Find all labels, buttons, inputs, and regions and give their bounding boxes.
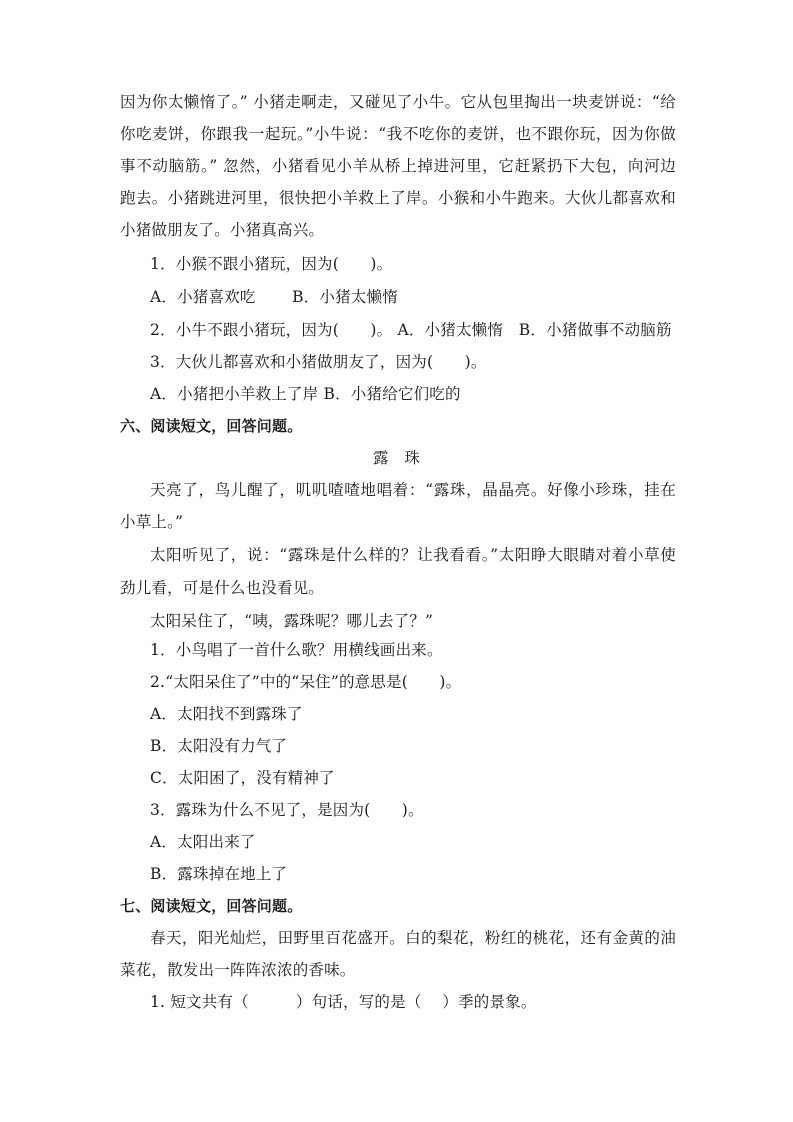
question: 3．露珠为什么不见了，是因为( )。 xyxy=(150,800,706,820)
answer-option: B．露珠掉在地上了 xyxy=(150,864,706,884)
answer-option: A．太阳找不到露珠了 xyxy=(150,704,706,724)
passage-line: 春天，阳光灿烂，田野里百花盛开。白的梨花，粉红的桃花，还有金黄的油 xyxy=(150,928,676,948)
passage-line: 太阳呆住了，“咦，露珠呢？哪儿去了？” xyxy=(150,611,706,631)
passage-line: 小草上。” xyxy=(120,512,676,532)
question: 1．小鸟唱了一首什么歌？用横线画出来。 xyxy=(150,640,706,660)
passage-line: 菜花，散发出一阵阵浓浓的香味。 xyxy=(120,960,676,980)
passage-line: 你吃麦饼，你跟我一起玩。”小牛说：“我不吃你的麦饼，也不跟你玩，因为你做 xyxy=(120,124,676,144)
answer-options: A．小猪把小羊救上了岸 B．小猪给它们吃的 xyxy=(150,384,706,404)
passage-line: 劲儿看，可是什么也没看见。 xyxy=(120,578,676,598)
question: 1. 短文共有（ ）句话，写的是（ ）季的景象。 xyxy=(150,992,706,1012)
document-page: 因为你太懒惰了。” 小猪走啊走，又碰见了小牛。它从包里掏出一块麦饼说：“给 你吃… xyxy=(0,0,793,1122)
question: 2．小牛不跟小猪玩，因为( )。 A．小猪太懒惰 B．小猪做事不动脑筋 xyxy=(150,320,706,340)
question: 1．小猴不跟小猪玩，因为( )。 xyxy=(150,254,706,274)
passage-line: 天亮了，鸟儿醒了，叽叽喳喳地唱着：“露珠，晶晶亮。好像小珍珠，挂在 xyxy=(150,480,676,500)
passage-line: 因为你太懒惰了。” 小猪走啊走，又碰见了小牛。它从包里掏出一块麦饼说：“给 xyxy=(120,92,676,112)
passage-line: 小猪做朋友了。小猪真高兴。 xyxy=(120,220,676,240)
passage-title: 露 珠 xyxy=(0,448,793,468)
section-heading: 七、阅读短文，回答问题。 xyxy=(120,896,676,916)
question: 2.“太阳呆住了”中的“呆住”的意思是( )。 xyxy=(150,672,706,692)
answer-option: B．太阳没有力气了 xyxy=(150,736,706,756)
question: 3．大伙儿都喜欢和小猪做朋友了，因为( )。 xyxy=(150,352,706,372)
answer-options: A．小猪喜欢吃 B．小猪太懒惰 xyxy=(150,287,706,307)
answer-option: A．太阳出来了 xyxy=(150,832,706,852)
passage-line: 跑去。小猪跳进河里，很快把小羊救上了岸。小猴和小牛跑来。大伙儿都喜欢和 xyxy=(120,188,676,208)
answer-option: C．太阳困了，没有精神了 xyxy=(150,768,706,788)
passage-line: 太阳听见了，说：“露珠是什么样的？让我看看。”太阳睁大眼睛对着小草使 xyxy=(150,545,676,565)
passage-line: 事不动脑筋。” 忽然，小猪看见小羊从桥上掉进河里，它赶紧扔下大包，向河边 xyxy=(120,156,676,176)
section-heading: 六、阅读短文，回答问题。 xyxy=(120,416,676,436)
